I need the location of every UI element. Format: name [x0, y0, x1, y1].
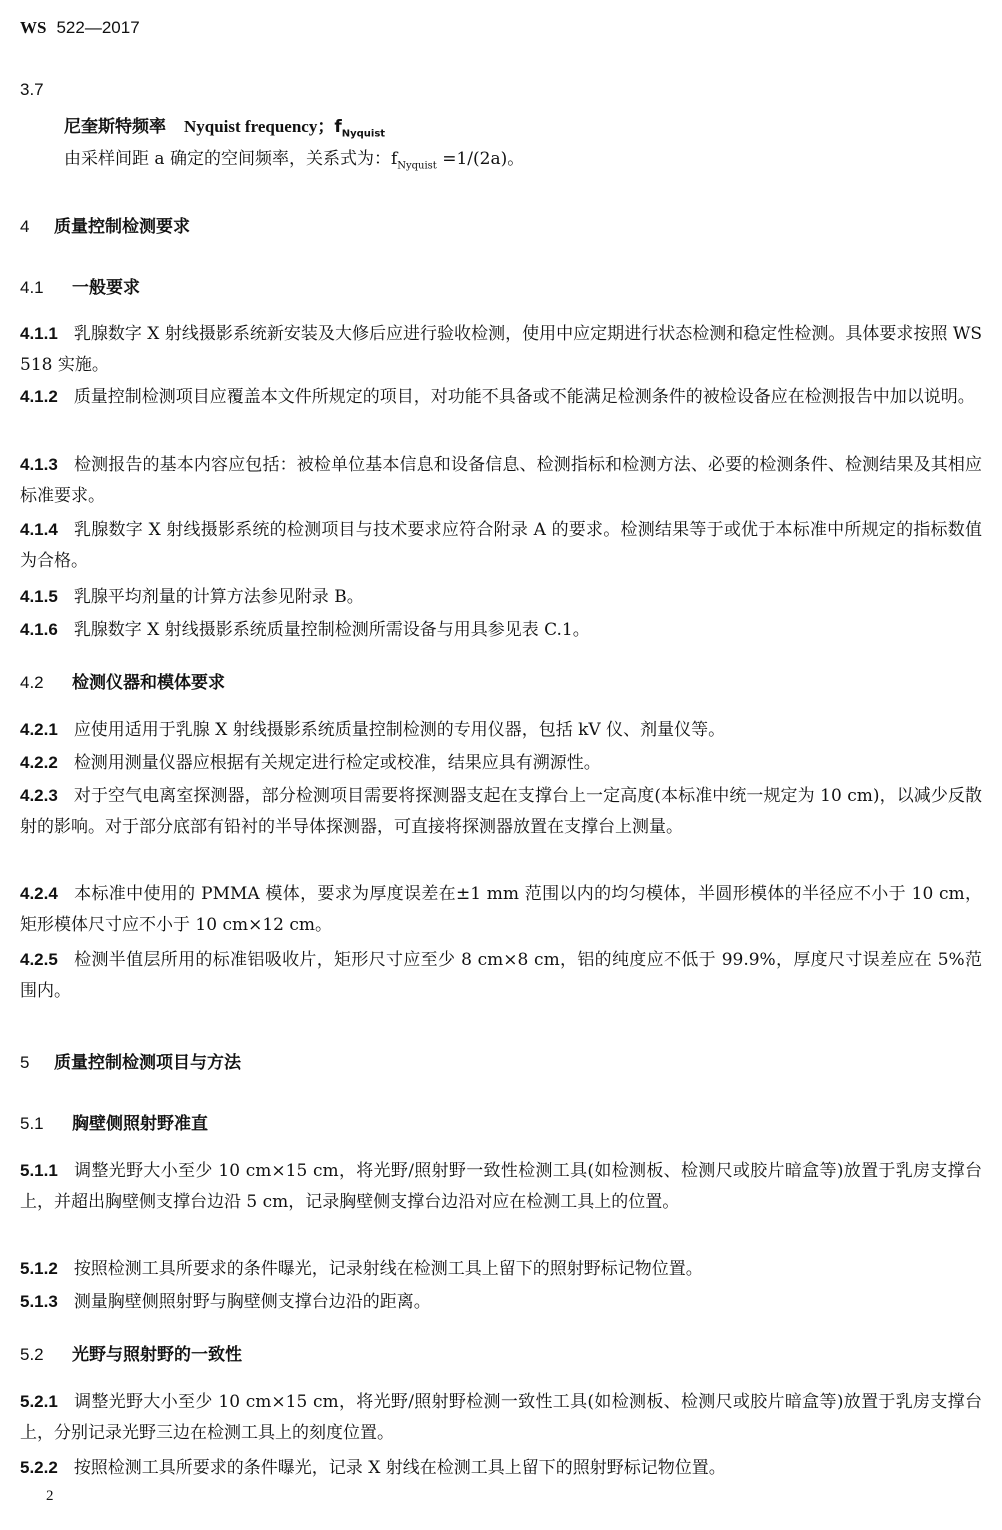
term-definition-formula: =1/(2a)。	[437, 149, 524, 169]
clause-number: 4.1.4	[20, 520, 58, 539]
clause-number: 4.2.5	[20, 950, 58, 969]
section-heading-5: 5质量控制检测项目与方法	[20, 1048, 241, 1073]
heading-title: 质量控制检测要求	[54, 217, 190, 237]
clause-5-2-2: 5.2.2按照检测工具所要求的条件曝光，记录 X 射线在检测工具上留下的照射野标…	[20, 1452, 982, 1484]
clause-number: 4.2.4	[20, 884, 58, 903]
term-definition: 由采样间距 a 确定的空间频率，关系式为：fNyquist =1/(2a)。	[64, 144, 524, 171]
term-symbol: f	[334, 117, 341, 137]
page-number: 2	[46, 1488, 54, 1505]
term-symbol-sub: Nyquist	[342, 128, 385, 139]
clause-text: 质量控制检测项目应覆盖本文件所规定的项目，对功能不具备或不能满足检测条件的被检设…	[74, 387, 975, 407]
clause-number: 5.1.1	[20, 1161, 58, 1180]
clause-text: 乳腺数字 X 射线摄影系统质量控制检测所需设备与用具参见表 C.1。	[74, 620, 590, 640]
clause-5-1-1: 5.1.1调整光野大小至少 10 cm×15 cm，将光野/照射野一致性检测工具…	[20, 1155, 982, 1218]
term-title: 尼奎斯特频率Nyquist frequency；fNyquist	[64, 112, 385, 139]
clause-text: 按照检测工具所要求的条件曝光，记录射线在检测工具上留下的照射野标记物位置。	[74, 1259, 703, 1279]
clause-4-1-4: 4.1.4乳腺数字 X 射线摄影系统的检测项目与技术要求应符合附录 A 的要求。…	[20, 514, 982, 577]
term-separator: ；	[317, 117, 334, 137]
clause-text: 检测报告的基本内容应包括：被检单位基本信息和设备信息、检测指标和检测方法、必要的…	[20, 455, 982, 506]
term-title-en: Nyquist frequency	[184, 117, 317, 136]
clause-number: 4.2.1	[20, 720, 58, 739]
clause-number: 4.2.2	[20, 753, 58, 772]
clause-text: 调整光野大小至少 10 cm×15 cm，将光野/照射野一致性检测工具(如检测板…	[20, 1161, 982, 1212]
clause-4-2-5: 4.2.5检测半值层所用的标准铝吸收片，矩形尺寸应至少 8 cm×8 cm，铝的…	[20, 944, 982, 1007]
clause-4-2-1: 4.2.1应使用适用于乳腺 X 射线摄影系统质量控制检测的专用仪器，包括 kV …	[20, 714, 982, 746]
clause-5-2-1: 5.2.1调整光野大小至少 10 cm×15 cm，将光野/照射野检测一致性工具…	[20, 1386, 982, 1449]
clause-5-1-3: 5.1.3测量胸壁侧照射野与胸壁侧支撑台边沿的距离。	[20, 1286, 982, 1318]
clause-number: 4.1.1	[20, 324, 58, 343]
term-number: 3.7	[20, 80, 44, 100]
clause-4-1-3: 4.1.3检测报告的基本内容应包括：被检单位基本信息和设备信息、检测指标和检测方…	[20, 449, 982, 512]
heading-title: 检测仪器和模体要求	[72, 673, 225, 693]
heading-number: 5	[20, 1053, 54, 1073]
clause-4-2-3: 4.2.3对于空气电离室探测器，部分检测项目需要将探测器支起在支撑台上一定高度(…	[20, 780, 982, 843]
heading-title: 质量控制检测项目与方法	[54, 1053, 241, 1073]
clause-number: 4.1.3	[20, 455, 58, 474]
clause-5-1-2: 5.1.2按照检测工具所要求的条件曝光，记录射线在检测工具上留下的照射野标记物位…	[20, 1253, 982, 1285]
standard-code: WS522—2017	[20, 18, 140, 38]
clause-4-1-2: 4.1.2质量控制检测项目应覆盖本文件所规定的项目，对功能不具备或不能满足检测条…	[20, 381, 982, 413]
clause-number: 4.1.2	[20, 387, 58, 406]
clause-number: 5.2.2	[20, 1458, 58, 1477]
clause-4-1-1: 4.1.1乳腺数字 X 射线摄影系统新安装及大修后应进行验收检测，使用中应定期进…	[20, 318, 982, 381]
heading-number: 5.1	[20, 1114, 72, 1134]
clause-4-1-6: 4.1.6乳腺数字 X 射线摄影系统质量控制检测所需设备与用具参见表 C.1。	[20, 614, 982, 646]
section-heading-4-2: 4.2检测仪器和模体要求	[20, 668, 225, 693]
clause-text: 检测用测量仪器应根据有关规定进行检定或校准，结果应具有溯源性。	[74, 753, 601, 773]
clause-text: 对于空气电离室探测器，部分检测项目需要将探测器支起在支撑台上一定高度(本标准中统…	[20, 786, 982, 837]
section-heading-4: 4质量控制检测要求	[20, 212, 190, 237]
clause-text: 乳腺平均剂量的计算方法参见附录 B。	[74, 587, 364, 607]
clause-number: 5.1.2	[20, 1259, 58, 1278]
heading-number: 4	[20, 217, 54, 237]
clause-number: 4.1.6	[20, 620, 58, 639]
heading-title: 光野与照射野的一致性	[72, 1345, 242, 1365]
section-heading-5-2: 5.2光野与照射野的一致性	[20, 1340, 242, 1365]
standard-prefix: WS	[20, 18, 46, 37]
heading-number: 5.2	[20, 1345, 72, 1365]
clause-text: 应使用适用于乳腺 X 射线摄影系统质量控制检测的专用仪器，包括 kV 仪、剂量仪…	[74, 720, 725, 740]
heading-number: 4.2	[20, 673, 72, 693]
clause-text: 检测半值层所用的标准铝吸收片，矩形尺寸应至少 8 cm×8 cm，铝的纯度应不低…	[20, 950, 982, 1001]
clause-text: 调整光野大小至少 10 cm×15 cm，将光野/照射野检测一致性工具(如检测板…	[20, 1392, 982, 1443]
clause-text: 测量胸壁侧照射野与胸壁侧支撑台边沿的距离。	[74, 1292, 431, 1312]
section-heading-5-1: 5.1胸壁侧照射野准直	[20, 1109, 208, 1134]
standard-number: 522—2017	[56, 18, 139, 37]
clause-text: 乳腺数字 X 射线摄影系统新安装及大修后应进行验收检测，使用中应定期进行状态检测…	[20, 324, 982, 375]
clause-text: 本标准中使用的 PMMA 模体，要求为厚度误差在±1 mm 范围以内的均匀模体，…	[20, 884, 982, 935]
term-definition-text: 由采样间距 a 确定的空间频率，关系式为：f	[64, 149, 397, 169]
clause-text: 乳腺数字 X 射线摄影系统的检测项目与技术要求应符合附录 A 的要求。检测结果等…	[20, 520, 982, 571]
clause-number: 4.1.5	[20, 587, 58, 606]
term-definition-sub: Nyquist	[397, 160, 437, 171]
section-heading-4-1: 4.1一般要求	[20, 273, 140, 298]
clause-4-2-4: 4.2.4本标准中使用的 PMMA 模体，要求为厚度误差在±1 mm 范围以内的…	[20, 878, 982, 941]
term-title-zh: 尼奎斯特频率	[64, 117, 166, 137]
clause-number: 5.2.1	[20, 1392, 58, 1411]
clause-number: 4.2.3	[20, 786, 58, 805]
heading-title: 一般要求	[72, 278, 140, 298]
clause-4-1-5: 4.1.5乳腺平均剂量的计算方法参见附录 B。	[20, 581, 982, 613]
document-page: WS522—2017 3.7 尼奎斯特频率Nyquist frequency；f…	[0, 0, 1002, 1530]
clause-number: 5.1.3	[20, 1292, 58, 1311]
heading-number: 4.1	[20, 278, 72, 298]
clause-4-2-2: 4.2.2检测用测量仪器应根据有关规定进行检定或校准，结果应具有溯源性。	[20, 747, 982, 779]
clause-text: 按照检测工具所要求的条件曝光，记录 X 射线在检测工具上留下的照射野标记物位置。	[74, 1458, 726, 1478]
heading-title: 胸壁侧照射野准直	[72, 1114, 208, 1134]
